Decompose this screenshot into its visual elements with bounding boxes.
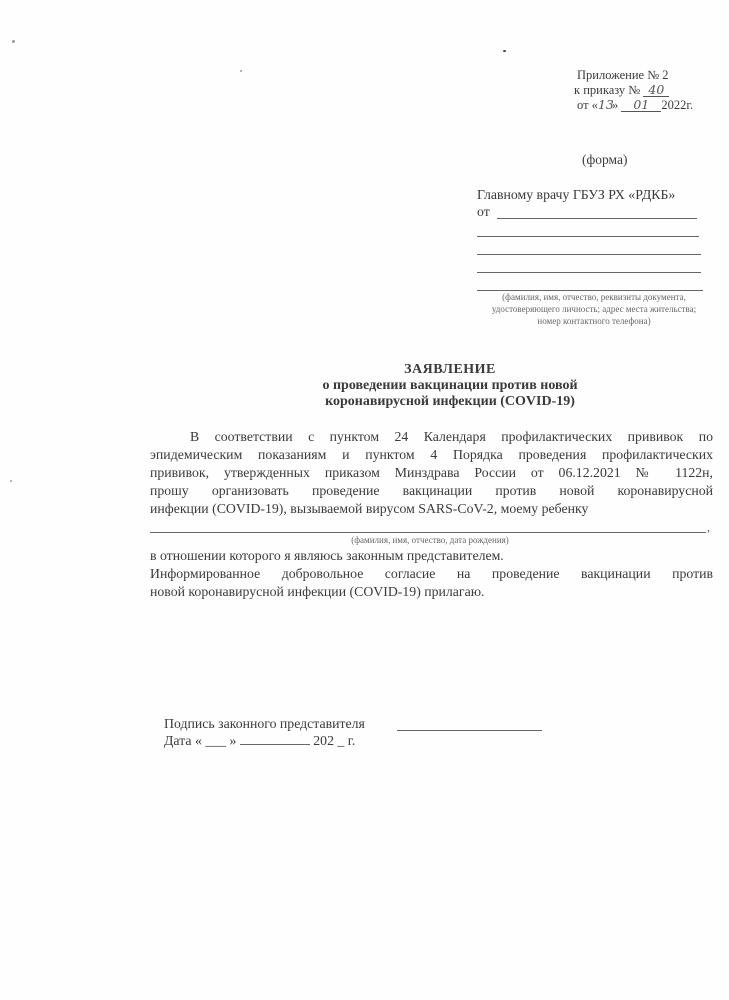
- body-line: эпидемическим показаниям и пунктом 4 Пор…: [150, 446, 713, 465]
- appendix-label: Приложение № 2: [577, 68, 669, 83]
- child-caption: (фамилия, имя, отчество, дата рождения): [300, 534, 560, 546]
- date-year: 2022г.: [661, 98, 693, 112]
- scan-speck: [503, 50, 506, 52]
- body-line: В соответствии с пунктом 24 Календаря пр…: [190, 428, 713, 447]
- document-page: Приложение № 2 к приказу № 40 от «13» 01…: [0, 0, 729, 1000]
- order-ref: к приказу № 40: [574, 83, 669, 98]
- body-after-line: в отношении которого я являюсь законным …: [150, 547, 713, 566]
- date-row: Дата « ___ » 202 _ г.: [164, 733, 355, 749]
- date-prefix: от «: [577, 98, 598, 112]
- document-subtitle-1: о проведении вакцинации против новой: [270, 378, 630, 394]
- document-subtitle-2: коронавирусной инфекции (COVID-19): [270, 394, 630, 410]
- caption-line: (фамилия, имя, отчество, реквизиты докум…: [474, 291, 714, 303]
- date-label: Дата «: [164, 733, 202, 748]
- date-day-handwritten: 13: [598, 99, 612, 111]
- document-title: ЗАЯВЛЕНИЕ: [300, 362, 600, 378]
- addressee-to: Главному врачу ГБУЗ РХ «РДКБ»: [477, 187, 675, 203]
- addressee-caption: (фамилия, имя, отчество, реквизиты докум…: [474, 291, 714, 327]
- date-month-handwritten: 01: [621, 99, 661, 112]
- signature-field[interactable]: [397, 730, 542, 731]
- child-name-field[interactable]: [150, 532, 706, 533]
- scan-speck: [240, 70, 242, 72]
- from-field-line-2[interactable]: [477, 236, 699, 237]
- date-month-field[interactable]: [240, 734, 310, 745]
- child-field-comma: ,: [707, 520, 710, 535]
- body-line: прошу организовать проведение вакцинации…: [150, 482, 713, 501]
- caption-line: номер контактного телефона): [474, 315, 714, 327]
- from-field-line-3[interactable]: [477, 254, 701, 255]
- from-field-line-4[interactable]: [477, 272, 701, 273]
- body-line: инфекции (COVID-19), вызываемой вирусом …: [150, 500, 713, 519]
- scan-speck: [12, 40, 15, 43]
- caption-line: удостоверяющего личность; адрес места жи…: [474, 303, 714, 315]
- order-prefix: к приказу №: [574, 83, 640, 97]
- date-mid: »: [612, 98, 618, 112]
- order-date: от «13» 012022г.: [577, 98, 693, 113]
- date-close-quote: »: [229, 733, 236, 748]
- date-day-field[interactable]: ___: [205, 733, 226, 748]
- from-label: от: [477, 204, 490, 220]
- signature-label: Подпись законного представителя: [164, 716, 365, 732]
- from-name-field[interactable]: [497, 218, 697, 219]
- scan-speck: [10, 480, 12, 482]
- body-line: прививок, утвержденных приказом Минздрав…: [150, 464, 713, 483]
- form-label: (форма): [582, 152, 627, 168]
- body-after-line: новой коронавирусной инфекции (COVID-19)…: [150, 583, 713, 602]
- date-year: 202 _ г.: [313, 733, 355, 748]
- order-number-handwritten: 40: [643, 84, 669, 97]
- body-after-line: Информированное добровольное согласие на…: [150, 565, 713, 584]
